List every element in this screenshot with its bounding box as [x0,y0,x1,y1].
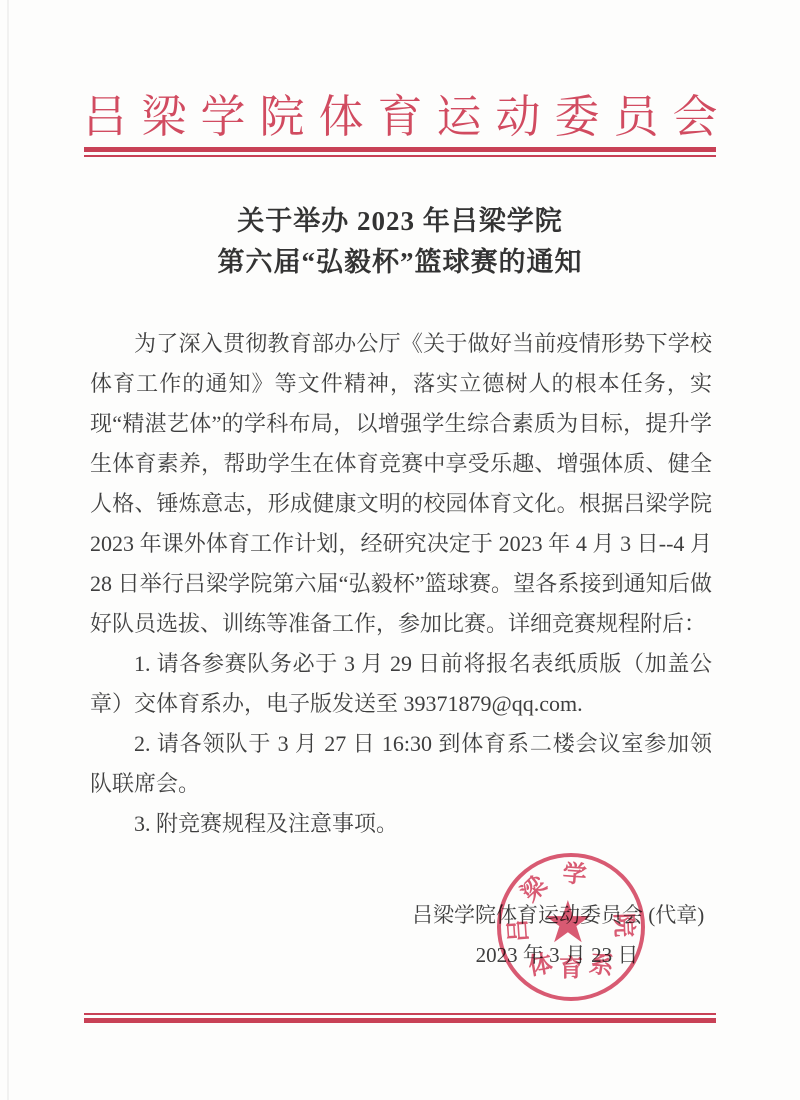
stamp-arc-char: 吕 [504,916,534,946]
document-title: 关于举办 2023 年吕梁学院 第六届“弘毅杯”篮球赛的通知 [0,201,800,283]
document-body: 为了深入贯彻教育部办公厅《关于做好当前疫情形势下学校体育工作的通知》等文件精神，… [90,324,712,844]
document-title-line-1: 关于举办 2023 年吕梁学院 [0,201,800,242]
letterhead-divider-rule [84,147,716,157]
stamp-bottom-char: 体 [525,943,555,982]
letterhead-org-name: 吕梁学院体育运动委员会 [0,88,800,146]
body-item-2: 2. 请各领队于 3 月 27 日 16:30 到体育系二楼会议室参加领队联席会… [90,724,712,804]
scanned-document-page: 吕梁学院体育运动委员会 关于举办 2023 年吕梁学院 第六届“弘毅杯”篮球赛的… [0,0,800,1100]
stamp-star-icon: ★ [542,894,594,952]
stamp-bottom-char: 系 [587,943,617,982]
stamp-arc-char: 学 [560,860,590,890]
stamp-bottom-text: 体 育 系 [501,948,641,983]
body-item-3: 3. 附竞赛规程及注意事项。 [90,804,712,844]
document-title-line-2: 第六届“弘毅杯”篮球赛的通知 [0,242,800,283]
official-seal-stamp: 吕 梁 学 院 ★ 体 育 系 [497,853,645,1001]
stamp-arc-char: 院 [608,911,637,940]
stamp-bottom-char: 育 [559,948,583,983]
scan-artifact-streak [7,0,9,1100]
body-paragraph: 为了深入贯彻教育部办公厅《关于做好当前疫情形势下学校体育工作的通知》等文件精神，… [90,324,712,644]
footer-divider-rule [84,1013,716,1023]
body-item-1: 1. 请各参赛队务必于 3 月 29 日前将报名表纸质版（加盖公章）交体育系办，… [90,644,712,724]
